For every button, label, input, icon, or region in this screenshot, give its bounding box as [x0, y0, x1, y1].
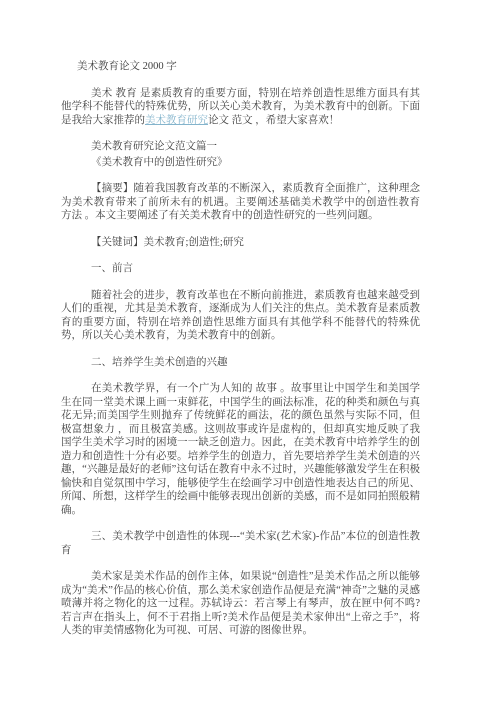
abstract-paragraph: 【摘要】随着我国教育改革的不断深入，素质教育全面推广，这种理念为美术教育带来了前… — [61, 182, 420, 223]
section-heading-interest: 二、培养学生美术创造的兴趣 — [61, 356, 420, 370]
document-title: 美术教育论文 2000 字 — [61, 60, 420, 74]
section-body-foreword: 随着社会的进步，教育改革也在不断向前推进，素质教育也越来越受到人们的重视，尤其是… — [61, 289, 420, 343]
section-body-creativity: 美术家是美术作品的创作主体，如果说“创造性”是美术作品之所以能够成为“美术”作品… — [61, 570, 420, 638]
section-body-interest: 在美术教学界，有一个广为人知的 故事 。故事里让中国学生和美国学生在同一堂美术课… — [61, 382, 420, 517]
article-title: 《美术教育中的创造性研究》 — [61, 156, 420, 170]
intro-text-after-link: 论文 范文 ，希望大家喜欢！ — [208, 115, 339, 126]
art-education-research-link[interactable]: 美术教育研究 — [145, 115, 208, 126]
section-heading-foreword: 一、前言 — [61, 262, 420, 276]
section-heading-creativity: 三、美术教学中创造性的体现---“美术家(艺术家)-作品”本位的创造性教育 — [61, 530, 420, 557]
series-title: 美术教育研究论文范文篇一 — [61, 140, 420, 154]
intro-paragraph: 美术 教育 是素质教育的重要方面，特别在培养创造性思维方面具有其他学科不能替代的… — [61, 87, 420, 128]
document-page: 美术教育论文 2000 字 美术 教育 是素质教育的重要方面，特别在培养创造性思… — [0, 0, 500, 707]
keywords-paragraph: 【关键词】美术教育;创造性;研究 — [61, 236, 420, 250]
